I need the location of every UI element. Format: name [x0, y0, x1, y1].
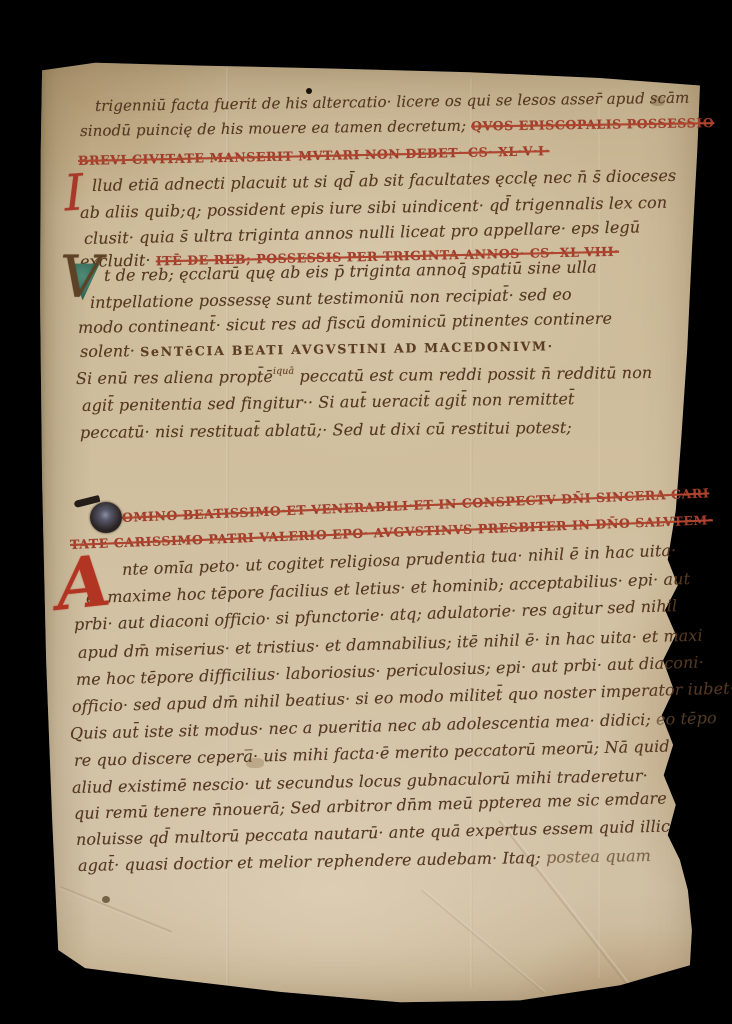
text-segment-rubric-struck: QVOS EPISCOPALIS POSSESSIO	[471, 115, 714, 133]
text-segment-ink: peccatū· nisi restituat̄ ablatū;· Sed ut…	[80, 418, 572, 442]
text-segment-ink: noluisse qd̄ multorū peccata nautarū· an…	[76, 817, 670, 849]
text-line: re quo discere cepera̅· uis mihi facta·ē…	[74, 736, 670, 770]
text-segment-ink: modo contineant̄· sicut res ad fiscū dom…	[78, 309, 612, 337]
text-line: noluisse qd̄ multorū peccata nautarū· an…	[76, 817, 670, 849]
text-line: llud etiā adnecti placuit ut si qd̄ ab s…	[92, 166, 677, 195]
text-segment-ink: solent·	[80, 341, 140, 361]
text-segment-faint-ink: eo tēpo	[656, 708, 717, 728]
text-line: peccatū· nisi restituat̄ ablatū;· Sed ut…	[80, 418, 572, 442]
text-line: agit̄ penitentia sed fingitur·· Si aut̄ …	[82, 389, 575, 415]
text-segment-gloss: iquā	[273, 366, 294, 377]
initial-letter-i: I	[62, 167, 85, 218]
manuscript-photo: trigenniū facta fuerit de his altercatio…	[0, 0, 732, 1024]
text-line: trigenniū facta fuerit de his altercatio…	[95, 89, 690, 115]
initial-v-glyph: V	[60, 248, 102, 306]
text-line: agat̄· quasi doctior et melior rephender…	[78, 846, 651, 875]
initial-letter-a: A	[52, 545, 113, 620]
text-segment-rubric-struck: BREVI CIVITATE MANSERIT MVTARI NON DEBET…	[78, 143, 550, 168]
text-line: BREVI CIVITATE MANSERIT MVTARI NON DEBET…	[78, 140, 550, 169]
text-segment-ink: agit̄ penitentia sed fingitur·· Si aut̄ …	[82, 389, 575, 415]
text-segment-faint-ink: postea quam	[546, 846, 651, 867]
text-segment-ink: llud etiā adnecti placuit ut si qd̄ ab s…	[92, 166, 677, 195]
initial-d-roundel	[90, 502, 122, 533]
text-segment-ink: sinodū puincię de his mouere ea tamen de…	[80, 117, 471, 140]
text-line: solent· SeNTēCIA BEATI AVGVSTINI AD MACE…	[80, 335, 554, 361]
text-segment-ink: peccatū est cum reddi possit n̄ redditū …	[294, 363, 652, 386]
initial-letter-d	[74, 496, 130, 538]
text-segment-ink: Si enū res aliena propt̄ē	[76, 367, 273, 388]
text-line: modo contineant̄· sicut res ad fiscū dom…	[78, 309, 612, 337]
text-segment-ink: re quo discere cepera̅· uis mihi facta·ē…	[74, 736, 670, 770]
text-line: Si enū res aliena propt̄ēiquā peccatū es…	[76, 363, 652, 388]
text-segment-ink: intpellatione possessę sunt testimoniū n…	[90, 285, 572, 312]
text-segment-ink: agat̄· quasi doctior et melior rephender…	[78, 848, 546, 875]
text-segment-caps: SeNTēCIA BEATI AVGVSTINI AD MACEDONIVM·	[140, 338, 554, 359]
initial-letter-v: V	[60, 254, 108, 318]
text-segment-ink: trigenniū facta fuerit de his altercatio…	[95, 89, 690, 115]
text-line: intpellatione possessę sunt testimoniū n…	[90, 285, 572, 312]
text-line: sinodū puincię de his mouere ea tamen de…	[80, 113, 715, 140]
